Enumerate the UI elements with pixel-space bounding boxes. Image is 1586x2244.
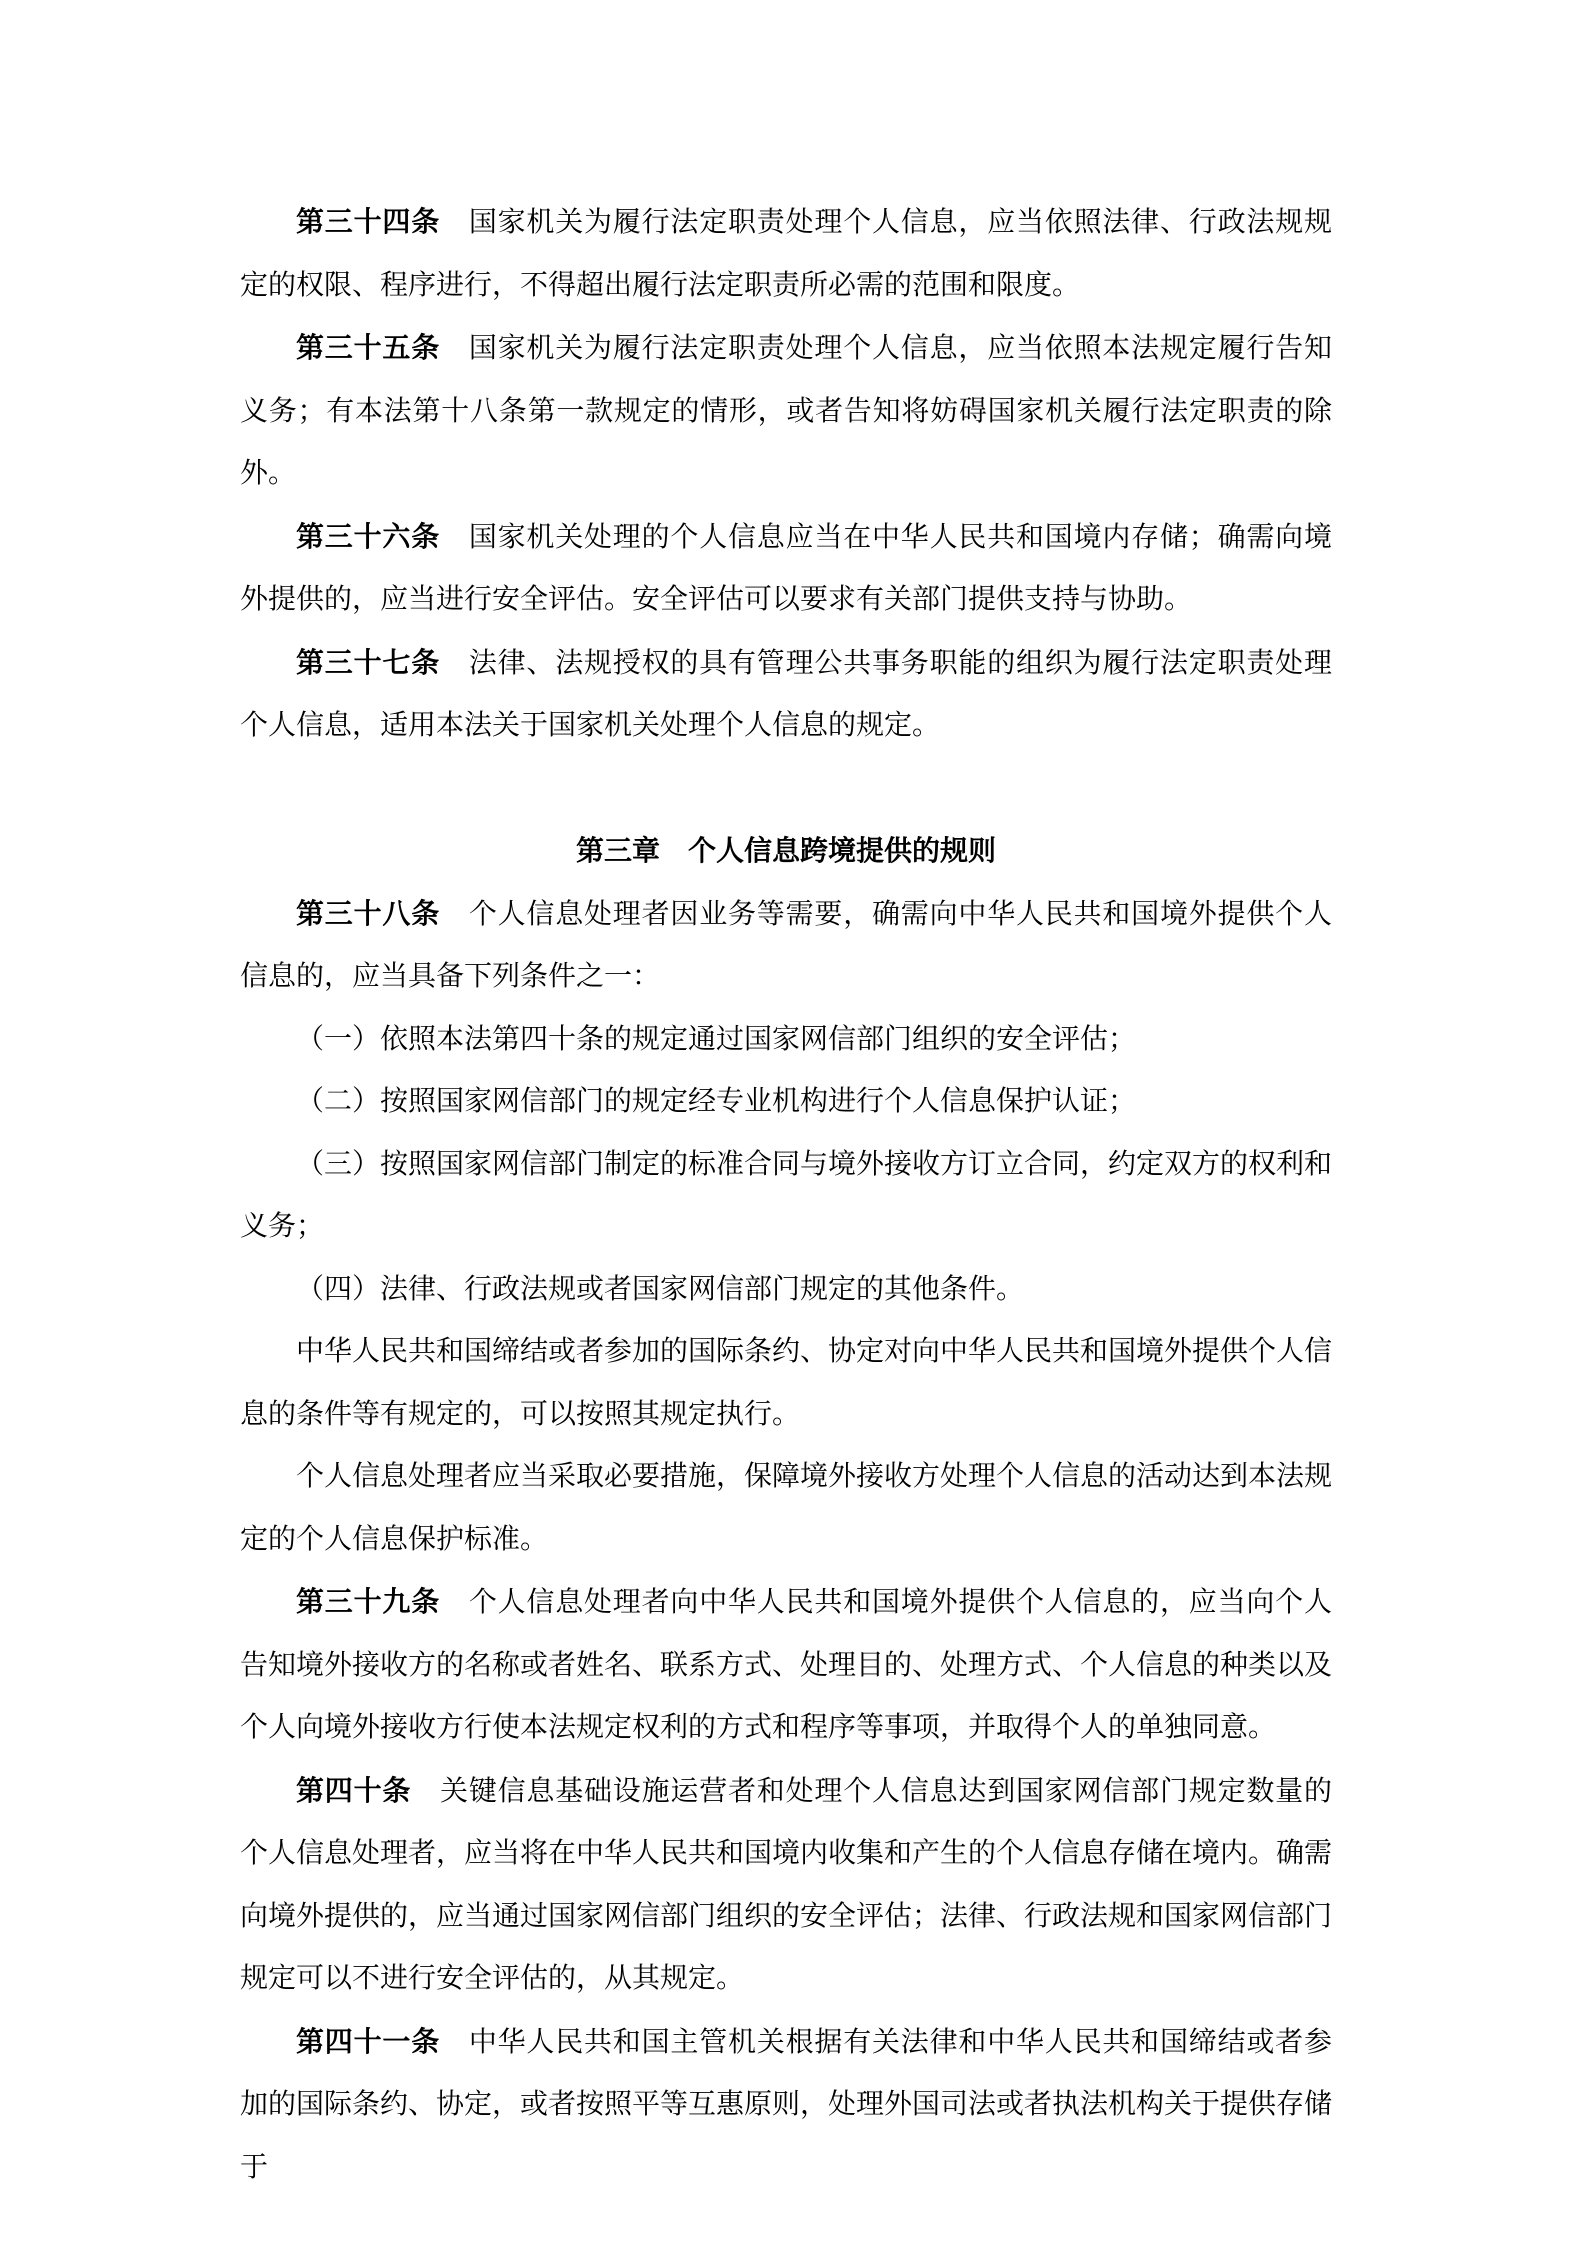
label-separator bbox=[411, 1776, 440, 1807]
paragraph-text: （二）按照国家网信部门的规定经专业机构进行个人信息保护认证； bbox=[296, 1086, 1136, 1117]
body-paragraph: 个人信息处理者应当采取必要措施，保障境外接收方处理个人信息的活动达到本法规定的个… bbox=[240, 1446, 1332, 1571]
paragraph-text: （三）按照国家网信部门制定的标准合同与境外接收方订立合同，约定双方的权利和义务； bbox=[240, 1149, 1332, 1243]
article-paragraph: 第三十五条 国家机关为履行法定职责处理个人信息，应当依照本法规定履行告知义务；有… bbox=[240, 317, 1332, 506]
paragraph-text: （四）法律、行政法规或者国家网信部门规定的其他条件。 bbox=[296, 1274, 1024, 1305]
chapter-title: 个人信息跨境提供的规则 bbox=[688, 835, 996, 866]
paragraph-text: 个人信息处理者应当采取必要措施，保障境外接收方处理个人信息的活动达到本法规定的个… bbox=[240, 1461, 1332, 1555]
article-paragraph: 第三十六条 国家机关处理的个人信息应当在中华人民共和国境内存储；确需向境外提供的… bbox=[240, 506, 1332, 632]
chapter-heading: 第三章 个人信息跨境提供的规则 bbox=[240, 820, 1332, 883]
article-paragraph: 第四十一条 中华人民共和国主管机关根据有关法律和中华人民共和国缔结或者参加的国际… bbox=[240, 2011, 1332, 2200]
label-separator bbox=[440, 207, 469, 238]
label-separator bbox=[440, 648, 469, 679]
label-separator bbox=[440, 2027, 469, 2058]
label-separator bbox=[440, 899, 469, 930]
article-number: 第四十一条 bbox=[296, 2026, 440, 2057]
article-paragraph: 第三十四条 国家机关为履行法定职责处理个人信息，应当依照法律、行政法规规定的权限… bbox=[240, 191, 1332, 317]
article-paragraph: 第三十七条 法律、法规授权的具有管理公共事务职能的组织为履行法定职责处理个人信息… bbox=[240, 632, 1332, 758]
article-number: 第三十四条 bbox=[296, 206, 440, 237]
article-paragraph: 第三十九条 个人信息处理者向中华人民共和国境外提供个人信息的，应当向个人告知境外… bbox=[240, 1571, 1332, 1760]
list-item-paragraph: （一）依照本法第四十条的规定通过国家网信部门组织的安全评估； bbox=[240, 1009, 1332, 1072]
label-separator bbox=[660, 835, 688, 866]
label-separator bbox=[440, 333, 469, 364]
article-number: 第三十六条 bbox=[296, 521, 440, 552]
document-page: 第三十四条 国家机关为履行法定职责处理个人信息，应当依照法律、行政法规规定的权限… bbox=[0, 0, 1586, 2244]
paragraph-text: （一）依照本法第四十条的规定通过国家网信部门组织的安全评估； bbox=[296, 1024, 1136, 1055]
paragraph-text: 关键信息基础设施运营者和处理个人信息达到国家网信部门规定数量的个人信息处理者，应… bbox=[240, 1776, 1332, 1995]
text-block: 第三十四条 国家机关为履行法定职责处理个人信息，应当依照法律、行政法规规定的权限… bbox=[240, 191, 1332, 2199]
article-paragraph: 第四十条 关键信息基础设施运营者和处理个人信息达到国家网信部门规定数量的个人信息… bbox=[240, 1760, 1332, 2011]
article-number: 第三十八条 bbox=[296, 898, 440, 929]
article-number: 第三十七条 bbox=[296, 647, 440, 678]
list-item-paragraph: （四）法律、行政法规或者国家网信部门规定的其他条件。 bbox=[240, 1259, 1332, 1322]
article-paragraph: 第三十八条 个人信息处理者因业务等需要，确需向中华人民共和国境外提供个人信息的，… bbox=[240, 883, 1332, 1009]
paragraph-text: 中华人民共和国缔结或者参加的国际条约、协定对向中华人民共和国境外提供个人信息的条… bbox=[240, 1336, 1332, 1430]
chapter-number: 第三章 bbox=[576, 835, 660, 866]
label-separator bbox=[440, 522, 469, 553]
article-number: 第四十条 bbox=[296, 1775, 411, 1806]
article-number: 第三十九条 bbox=[296, 1586, 440, 1617]
article-number: 第三十五条 bbox=[296, 332, 440, 363]
body-paragraph: 中华人民共和国缔结或者参加的国际条约、协定对向中华人民共和国境外提供个人信息的条… bbox=[240, 1321, 1332, 1446]
label-separator bbox=[440, 1587, 469, 1618]
list-item-paragraph: （二）按照国家网信部门的规定经专业机构进行个人信息保护认证； bbox=[240, 1071, 1332, 1134]
list-item-paragraph: （三）按照国家网信部门制定的标准合同与境外接收方订立合同，约定双方的权利和义务； bbox=[240, 1134, 1332, 1259]
